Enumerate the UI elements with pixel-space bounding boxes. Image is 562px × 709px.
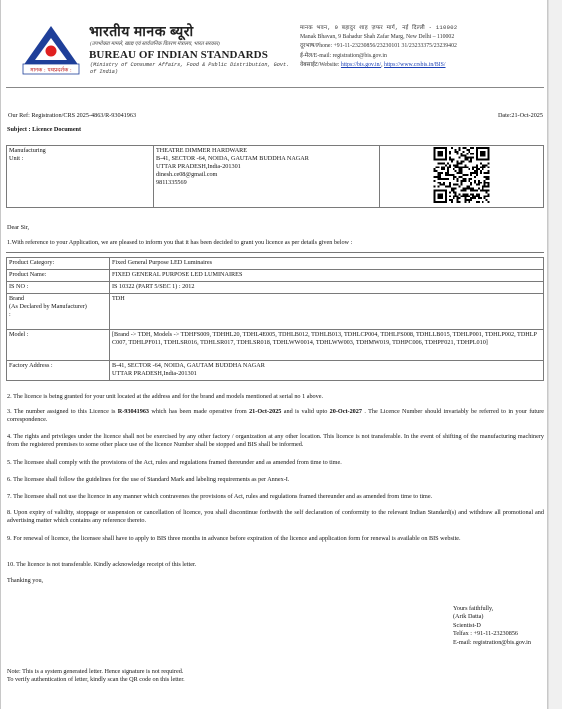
qr-code-icon: [430, 147, 493, 203]
paragraph-6: 6. The licensee shall follow the guideli…: [7, 476, 544, 484]
table-row: Brand (As Declared by Manufacturer) : TD…: [7, 294, 544, 330]
detail-value: TDH: [110, 294, 544, 330]
subject-line: Subject : Licence Document: [7, 126, 81, 134]
hindi-address: मानक भवन, 9 बहादुर शाह ज़फर मार्ग, नई दि…: [300, 24, 457, 33]
detail-label: Product Category:: [7, 258, 110, 270]
paragraph-2: 2. The licence is being granted for your…: [7, 393, 544, 401]
detail-label: Factory Address :: [7, 361, 110, 381]
manufacturing-unit-table: Manufacturing Unit : THEATRE DIMMER HARD…: [6, 145, 544, 208]
signatory-name: (Arik Datta): [453, 613, 531, 621]
detail-value: IS 10322 (PART 5/SEC 1) : 2012: [110, 282, 544, 294]
paragraph-4: 4. The rights and privileges under the l…: [7, 433, 544, 449]
paragraph-1: 1.With reference to your Application, we…: [7, 239, 352, 247]
unit-label-cell: Manufacturing Unit :: [7, 146, 154, 208]
ministry-subtitle: (Ministry of Consumer Affairs, Food & Pu…: [90, 62, 290, 76]
website-label: वेबसाईट/Website:: [300, 62, 341, 68]
table-row: Product Category: Fixed General Purpose …: [7, 258, 544, 270]
thanking-line: Thanking you,: [7, 577, 544, 585]
table-row: Product Name: FIXED GENERAL PURPOSE LED …: [7, 270, 544, 282]
address: Manak Bhavan, 9 Bahadur Shah Zafar Marg,…: [300, 33, 457, 42]
phone: दूरभाष/Phone: +91-11-23230856/23230101 3…: [300, 42, 457, 51]
letterhead: मानक : पथप्रदर्शक : भारतीय मानक ब्यूरो (…: [1, 0, 549, 88]
bis-logo-icon: मानक : पथप्रदर्शक :: [21, 24, 81, 76]
unit-name: THEATRE DIMMER HARDWARE: [156, 147, 377, 155]
note-line-2: To verify authentication of letter, kind…: [7, 676, 185, 684]
closing: Yours faithfully,: [453, 605, 531, 613]
section-divider: [6, 252, 544, 253]
licence-letter-page: मानक : पथप्रदर्शक : भारतीय मानक ब्यूरो (…: [0, 0, 548, 709]
detail-value: B-41, SECTOR -64, NOIDA, GAUTAM BUDDHA N…: [110, 361, 544, 381]
unit-label-line1: Manufacturing: [9, 147, 151, 155]
detail-label: Product Name:: [7, 270, 110, 282]
paragraph-5: 5. The licensee shall comply with the pr…: [7, 459, 544, 467]
reference-number: Our Ref: Registration/CRS 2025-4863/R-93…: [8, 112, 136, 120]
paragraph-10: 10. The licence is not transferable. Kin…: [7, 561, 544, 569]
detail-value: Fixed General Purpose LED Luminaires: [110, 258, 544, 270]
org-title: BUREAU OF INDIAN STANDARDS: [89, 48, 268, 62]
scrollbar[interactable]: [548, 0, 562, 709]
qr-cell: [380, 146, 544, 208]
hindi-ministry-subtitle: (उपभोक्ता मामले, खाद्य एवं सार्वजनिक वित…: [90, 41, 220, 48]
header-divider: [6, 87, 544, 88]
letter-date: Date:21-Oct-2025: [498, 112, 543, 120]
salutation: Dear Sir,: [7, 224, 29, 232]
detail-value: [Brand -> TDH, Models -> TDHFS009, TDHHL…: [110, 330, 544, 361]
bis-website-link[interactable]: https://bis.gov.in/: [341, 62, 381, 68]
table-row: Model : [Brand -> TDH, Models -> TDHFS00…: [7, 330, 544, 361]
table-row: Factory Address : B-41, SECTOR -64, NOID…: [7, 361, 544, 381]
signature-block: Yours faithfully, (Arik Datta) Scientist…: [453, 605, 531, 647]
unit-address-line1: B-41, SECTOR -64, NOIDA, GAUTAM BUDDHA N…: [156, 155, 377, 163]
paragraph-7: 7. The licensee shall not use the licenc…: [7, 493, 544, 501]
website: वेबसाईट/Website: https://bis.gov.in/, ht…: [300, 61, 457, 70]
licence-details-table: Product Category: Fixed General Purpose …: [6, 257, 544, 381]
table-row: IS NO : IS 10322 (PART 5/SEC 1) : 2012: [7, 282, 544, 294]
unit-label-line2: Unit :: [9, 155, 151, 163]
contact-block: मानक भवन, 9 बहादुर शाह ज़फर मार्ग, नई दि…: [300, 24, 457, 70]
system-note: Note: This is a system generated letter.…: [7, 668, 185, 685]
unit-details-cell: THEATRE DIMMER HARDWARE B-41, SECTOR -64…: [154, 146, 380, 208]
signatory-telfax: Telfax : +91-11-23230856: [453, 630, 531, 638]
detail-label: IS NO :: [7, 282, 110, 294]
hindi-org-title: भारतीय मानक ब्यूरो: [89, 24, 194, 42]
crsbis-website-link[interactable]: https://www.crsbis.in/BIS/: [384, 62, 445, 68]
logo-motto: मानक : पथप्रदर्शक :: [30, 67, 72, 74]
signatory-email: E-mail: registration@bis.gov.in: [453, 639, 531, 647]
paragraph-3: 3. The number assigned to this Licence i…: [7, 408, 544, 424]
email: ई-मेल/E-mail: registration@bis.gov.in: [300, 52, 457, 61]
unit-address-line2: UTTAR PRADESH,India-201301: [156, 163, 377, 171]
paragraph-8: 8. Upon expiry of validity, stoppage or …: [7, 509, 544, 525]
unit-phone: 9811335569: [156, 179, 377, 187]
unit-email: dinesh.ce08@gmail.com: [156, 171, 377, 179]
detail-label: Model :: [7, 330, 110, 361]
paragraph-9: 9. For renewal of licence, the licensee …: [7, 535, 544, 543]
detail-value: FIXED GENERAL PURPOSE LED LUMINAIRES: [110, 270, 544, 282]
detail-label: Brand (As Declared by Manufacturer) :: [7, 294, 110, 330]
signatory-designation: Scientist-D: [453, 622, 531, 630]
note-line-1: Note: This is a system generated letter.…: [7, 668, 185, 676]
